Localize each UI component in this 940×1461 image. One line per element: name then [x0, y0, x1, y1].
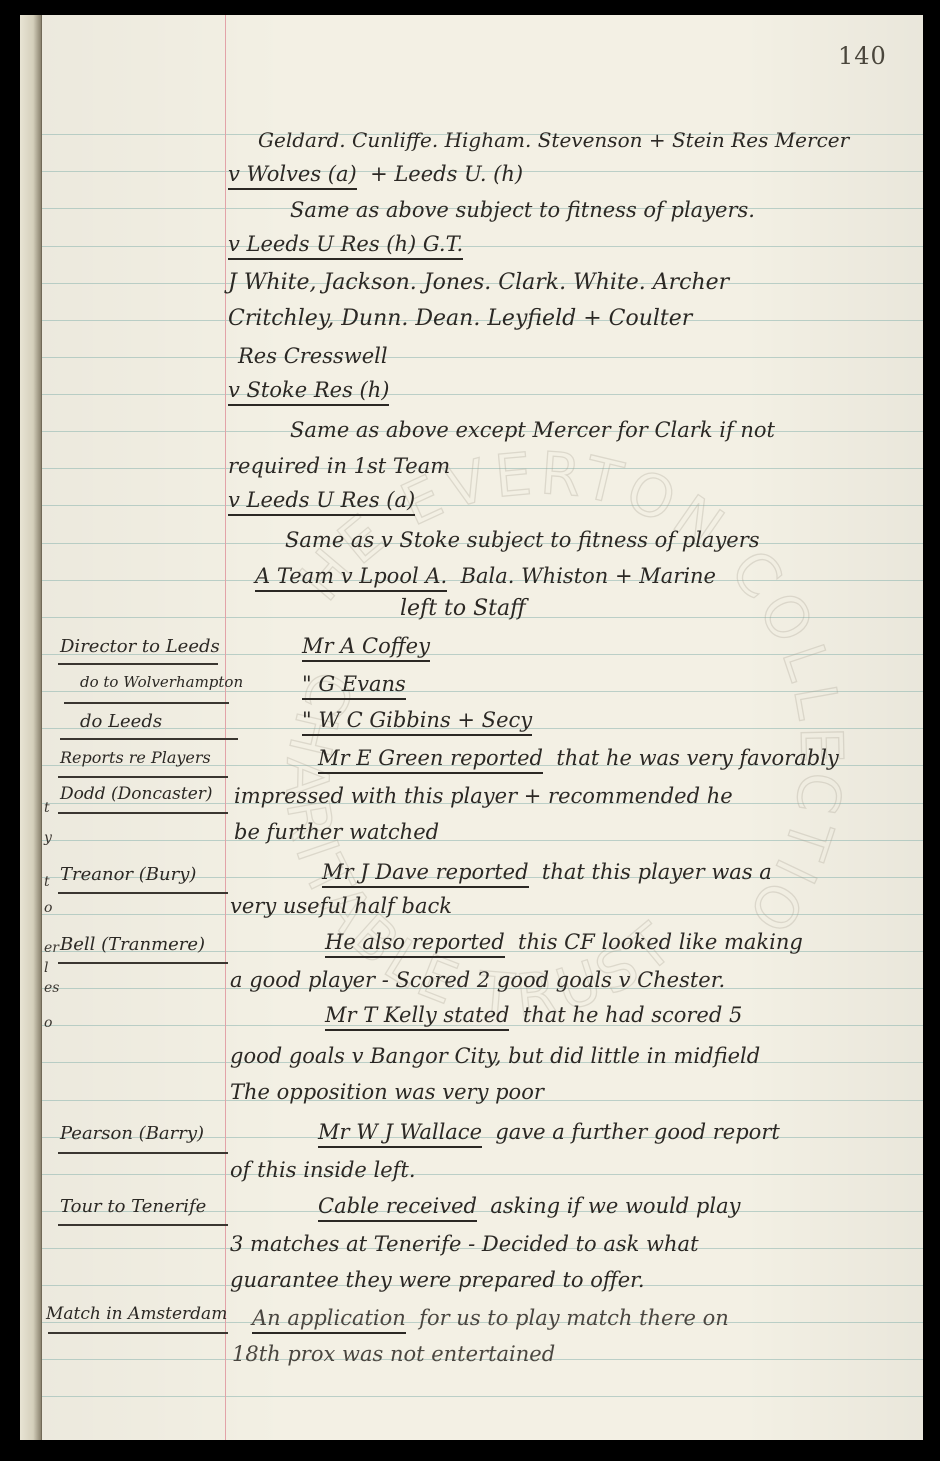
binding-gutter: [20, 15, 42, 1440]
text-line: A Team v Lpool A. Bala. Whiston + Marine: [255, 566, 716, 587]
text-line: guarantee they were prepared to offer.: [230, 1270, 645, 1291]
margin-heading: Tour to Tenerife: [60, 1198, 206, 1216]
text-line: An application for us to play match ther…: [252, 1308, 729, 1329]
margin-heading: Match in Amsterdam: [46, 1306, 227, 1323]
underline: [64, 702, 229, 704]
text-line: be further watched: [234, 822, 439, 843]
margin-heading: do Leeds: [80, 713, 162, 731]
director-name: Mr A Coffey: [302, 636, 430, 657]
margin-heading: Dodd (Doncaster): [60, 786, 213, 803]
text-line: Critchley, Dunn. Dean. Leyfield + Coulte…: [228, 308, 692, 330]
text-line: very useful half back: [230, 896, 452, 917]
margin-heading: Bell (Tranmere): [60, 936, 205, 954]
underline: [58, 812, 228, 814]
text-line: of this inside left.: [230, 1160, 416, 1181]
margin-heading: Director to Leeds: [60, 638, 220, 656]
text-line: Mr W J Wallace gave a further good repor…: [318, 1122, 780, 1143]
text-line: Same as above subject to fitness of play…: [290, 200, 755, 221]
underline: [58, 1152, 228, 1154]
text-line: good goals v Bangor City, but did little…: [230, 1046, 760, 1067]
page-number: 140: [838, 42, 887, 70]
margin-heading: do to Wolverhampton: [80, 675, 243, 690]
text-line: required in 1st Team: [228, 456, 450, 477]
text-line: Mr E Green reported that he was very fav…: [318, 748, 839, 769]
text-line: Same as above except Mercer for Clark if…: [290, 420, 775, 441]
margin-heading: Pearson (Barry): [60, 1125, 204, 1143]
underline: [58, 962, 228, 964]
underline: [58, 1224, 228, 1226]
margin-heading: Treanor (Bury): [60, 866, 196, 884]
underline: [48, 1332, 228, 1334]
text-line: v Leeds U Res (a): [228, 490, 415, 511]
underline: [60, 738, 238, 740]
director-name: " W C Gibbins + Secy: [302, 710, 532, 731]
underline: [58, 776, 228, 778]
underline: [58, 892, 228, 894]
text-line: The opposition was very poor: [230, 1082, 544, 1103]
text-line: v Wolves (a) + Leeds U. (h): [228, 164, 523, 185]
text-line: Cable received asking if we would play: [318, 1196, 740, 1217]
text-line: Mr J Dave reported that this player was …: [322, 862, 772, 883]
text-line: v Leeds U Res (h) G.T.: [228, 234, 463, 255]
text-line: Same as v Stoke subject to fitness of pl…: [285, 530, 760, 551]
text-line: impressed with this player + recommended…: [234, 786, 733, 807]
underline: [58, 663, 218, 665]
text-line: a good player - Scored 2 good goals v Ch…: [230, 970, 725, 991]
text-line: J White, Jackson. Jones. Clark. White. A…: [228, 272, 729, 294]
text-line: 18th prox was not entertained: [232, 1344, 555, 1365]
text-line: 3 matches at Tenerife - Decided to ask w…: [230, 1234, 699, 1255]
director-name: " G Evans: [302, 674, 406, 695]
text-line: He also reported this CF looked like mak…: [325, 932, 803, 953]
red-margin-line: [225, 15, 226, 1440]
text-line: v Stoke Res (h): [228, 380, 389, 401]
margin-heading: Reports re Players: [60, 750, 211, 766]
text-line: left to Staff: [400, 598, 526, 620]
text-line: Res Cresswell: [238, 346, 388, 367]
text-line: Geldard. Cunliffe. Higham. Stevenson + S…: [258, 130, 849, 150]
text-line: Mr T Kelly stated that he had scored 5: [325, 1005, 742, 1026]
